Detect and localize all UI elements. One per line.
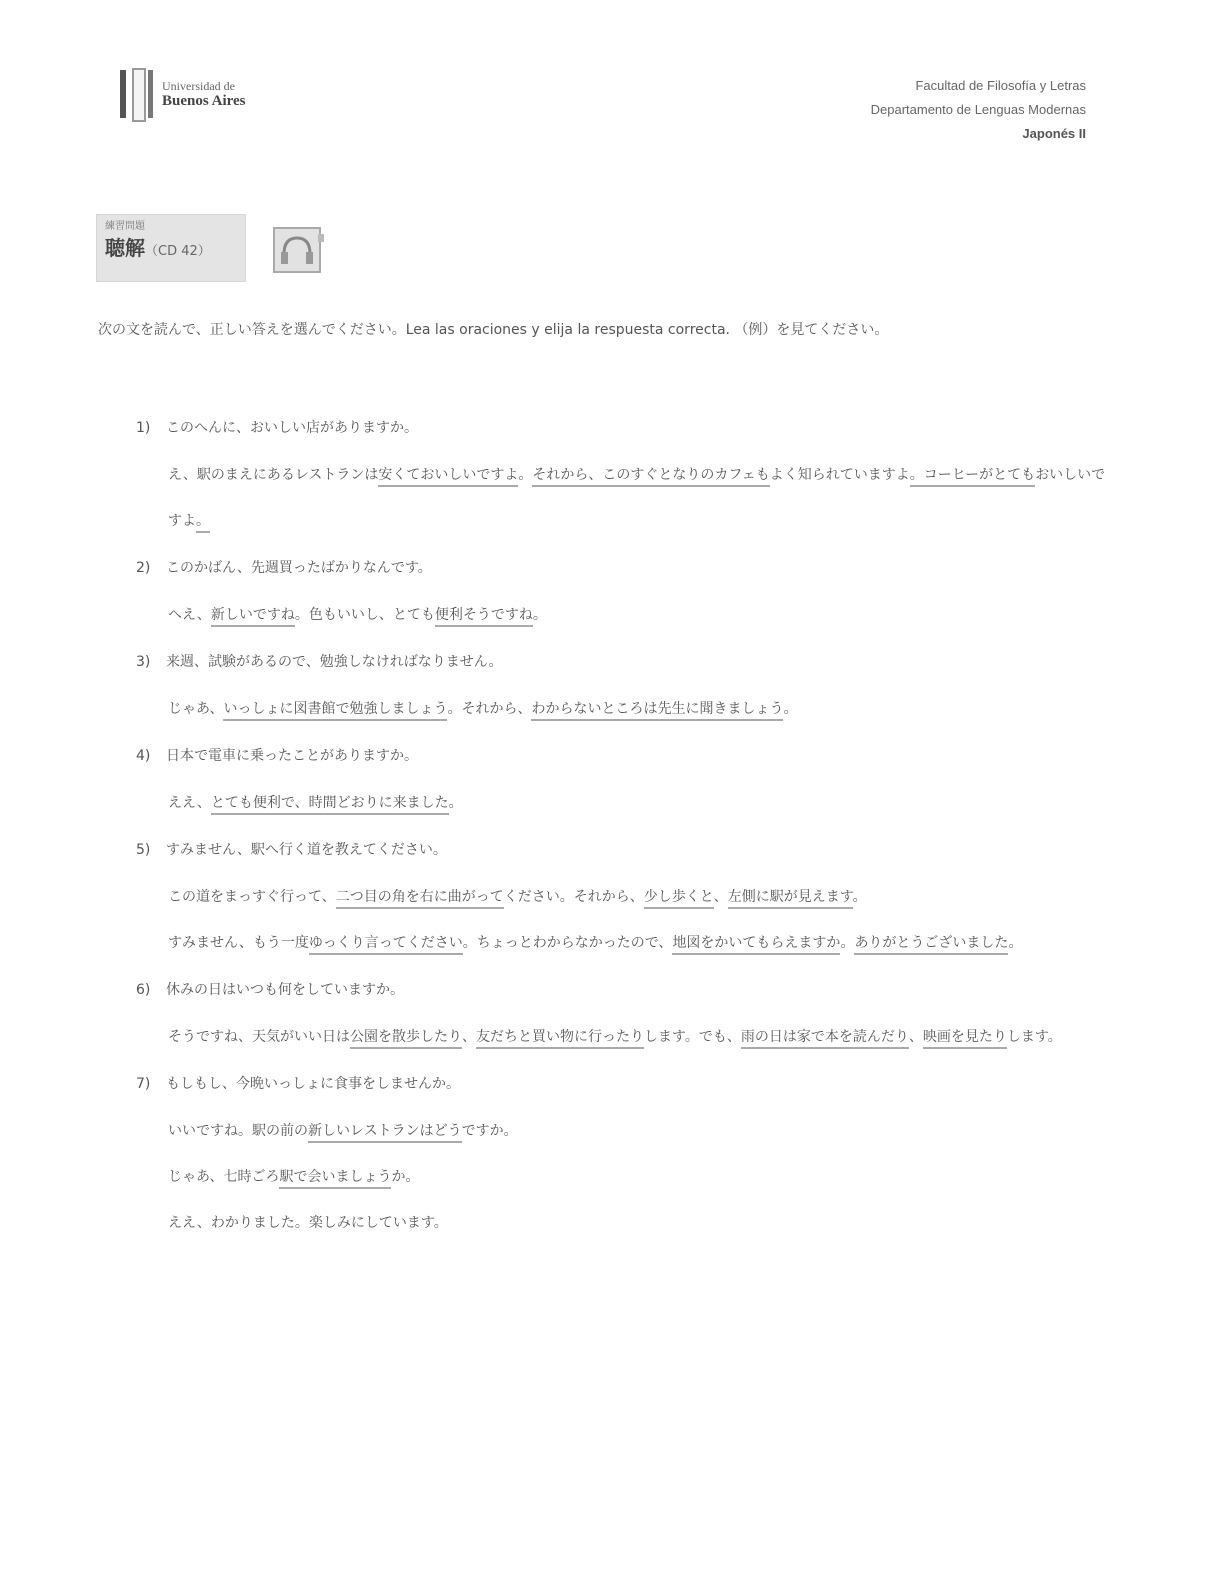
answer-blank: 便利そうですね — [435, 607, 533, 627]
answer-line: そうですね、天気がいい日は公園を散歩したり、友だちと買い物に行ったりします。でも… — [136, 1014, 1106, 1060]
exercise-question: 5)すみません、駅へ行く道を教えてください。 — [136, 826, 1106, 874]
answer-text: 。色もいいし、とても — [295, 607, 435, 623]
headphones-audio-icon — [270, 224, 328, 276]
answer-blank: 。コーヒーがとても — [910, 467, 1035, 487]
answer-text: 。それから、 — [447, 701, 531, 717]
answer-line: この道をまっすぐ行って、二つ目の角を右に曲がってください。それから、少し歩くと、… — [136, 874, 1106, 920]
faculty-name: Facultad de Filosofía y Letras — [871, 74, 1086, 98]
item-number: 6) — [136, 966, 166, 1014]
section-heading-text: 聴解 — [105, 236, 145, 260]
university-logo: Universidad de Buenos Aires — [118, 64, 308, 124]
answer-text: 、 — [714, 889, 728, 905]
answer-line: いいですね。駅の前の新しいレストランはどうですか。 — [136, 1108, 1106, 1154]
answer-blank: わからないところは先生に聞きましょう — [531, 701, 783, 721]
answer-text: します。 — [1007, 1029, 1062, 1045]
answer-blank: 安くておいしいですよ — [378, 467, 518, 487]
answer-text: ええ、 — [168, 795, 211, 811]
course-name: Japonés II — [871, 122, 1086, 146]
answer-text: 、 — [909, 1029, 923, 1045]
answer-text: ですか。 — [462, 1123, 518, 1139]
department-name: Departamento de Lenguas Modernas — [871, 98, 1086, 122]
answer-text: 。 — [1008, 935, 1022, 951]
logo-text: Universidad de Buenos Aires — [162, 79, 246, 109]
answer-text: 。 — [533, 607, 547, 623]
answer-blank: 二つ目の角を右に曲がって — [336, 889, 504, 909]
exercise-question: 4)日本で電車に乗ったことがありますか。 — [136, 732, 1106, 780]
logo-icon — [118, 66, 156, 122]
exercise-item: 5)すみません、駅へ行く道を教えてください。この道をまっすぐ行って、二つ目の角を… — [136, 826, 1106, 966]
question-text: 日本で電車に乗ったことがありますか。 — [166, 732, 418, 780]
answer-blank: いっしょに図書館で勉強しましょう — [223, 701, 447, 721]
answer-blank: ありがとうございました — [854, 935, 1008, 955]
answer-text: すみません、もう一度 — [168, 935, 309, 951]
track-number: （CD 42） — [145, 244, 211, 259]
answer-line: じゃあ、七時ごろ駅で会いましょうか。 — [136, 1154, 1106, 1200]
answer-text: じゃあ、 — [168, 701, 223, 717]
item-number: 1) — [136, 404, 166, 452]
exercise-item: 2)このかばん、先週買ったばかりなんです。へえ、新しいですね。色もいいし、とても… — [136, 544, 1106, 638]
answer-blank: とても便利で、時間どおりに来ました — [211, 795, 449, 815]
answer-blank: 新しいですね — [211, 607, 295, 627]
question-text: このへんに、おいしい店がありますか。 — [166, 404, 418, 452]
answer-text: か。 — [391, 1169, 419, 1185]
answer-blank: 公園を散歩したり — [350, 1029, 462, 1049]
answer-line: ええ、とても便利で、時間どおりに来ました。 — [136, 780, 1106, 826]
exercise-item: 1)このへんに、おいしい店がありますか。え、駅のまえにあるレストランは安くておい… — [136, 404, 1106, 544]
exercise-item: 4)日本で電車に乗ったことがありますか。ええ、とても便利で、時間どおりに来ました… — [136, 732, 1106, 826]
exercise-question: 7)もしもし、今晩いっしょに食事をしませんか。 — [136, 1060, 1106, 1108]
answer-blank: 地図をかいてもらえますか — [672, 935, 840, 955]
answer-blank: 友だちと買い物に行ったり — [476, 1029, 644, 1049]
answer-blank: 映画を見たり — [923, 1029, 1007, 1049]
answer-text: 。ちょっとわからなかったので、 — [463, 935, 673, 951]
exercise-question: 2)このかばん、先週買ったばかりなんです。 — [136, 544, 1106, 592]
answer-line: え、駅のまえにあるレストランは安くておいしいですよ。それから、このすぐとなりのカ… — [136, 452, 1106, 544]
section-label: 練習問題 — [105, 221, 237, 233]
answer-line: じゃあ、いっしょに図書館で勉強しましょう。それから、わからないところは先生に聞き… — [136, 686, 1106, 732]
answer-text: ください。それから、 — [504, 889, 644, 905]
instructions: 次の文を読んで、正しい答えを選んでください。Lea las oraciones … — [98, 306, 1108, 354]
item-number: 4) — [136, 732, 166, 780]
exercise-question: 1)このへんに、おいしい店がありますか。 — [136, 404, 1106, 452]
exercise-item: 6)休みの日はいつも何をしていますか。そうですね、天気がいい日は公園を散歩したり… — [136, 966, 1106, 1060]
answer-text: じゃあ、七時ごろ — [168, 1169, 279, 1185]
answer-text: 。 — [853, 889, 867, 905]
section-heading: 聴解（CD 42） — [105, 233, 237, 267]
answer-text: へえ、 — [168, 607, 211, 623]
exercise-question: 6)休みの日はいつも何をしていますか。 — [136, 966, 1106, 1014]
item-number: 7) — [136, 1060, 166, 1108]
question-text: 休みの日はいつも何をしていますか。 — [166, 966, 404, 1014]
answer-text: 。 — [840, 935, 854, 951]
answer-blank: 駅で会いましょう — [279, 1169, 391, 1189]
logo-line-2: Buenos Aires — [162, 94, 246, 109]
answer-text: 、 — [462, 1029, 476, 1045]
question-text: 来週、試験があるので、勉強しなければなりません。 — [166, 638, 503, 686]
answer-blank: それから、このすぐとなりのカフェも — [532, 467, 769, 487]
item-number: 3) — [136, 638, 166, 686]
exercise-list: 1)このへんに、おいしい店がありますか。え、駅のまえにあるレストランは安くておい… — [136, 404, 1106, 1246]
answer-blank: ゆっくり言ってください — [309, 935, 463, 955]
answer-text: え、駅のまえにあるレストランは — [168, 467, 378, 483]
answer-line: へえ、新しいですね。色もいいし、とても便利そうですね。 — [136, 592, 1106, 638]
department-header: Facultad de Filosofía y Letras Departame… — [871, 74, 1086, 146]
exercise-item: 7)もしもし、今晩いっしょに食事をしませんか。いいですね。駅の前の新しいレストラ… — [136, 1060, 1106, 1246]
item-number: 2) — [136, 544, 166, 592]
answer-blank: 雨の日は家で本を読んだり — [741, 1029, 909, 1049]
answer-text: 。 — [783, 701, 797, 717]
logo-line-1: Universidad de — [162, 79, 246, 94]
answer-text: よく知られていますよ — [770, 467, 910, 483]
section-title: 練習問題 聴解（CD 42） — [96, 214, 246, 282]
answer-line: ええ、わかりました。楽しみにしています。 — [136, 1200, 1106, 1246]
answer-text: 。 — [518, 467, 532, 483]
answer-line: すみません、もう一度ゆっくり言ってください。ちょっとわからなかったので、地図をか… — [136, 920, 1106, 966]
answer-text: この道をまっすぐ行って、 — [168, 889, 336, 905]
question-text: もしもし、今晩いっしょに食事をしませんか。 — [166, 1060, 460, 1108]
answer-text: します。でも、 — [644, 1029, 741, 1045]
answer-text: 。 — [449, 795, 463, 811]
exercise-question: 3)来週、試験があるので、勉強しなければなりません。 — [136, 638, 1106, 686]
exercise-item: 3)来週、試験があるので、勉強しなければなりません。じゃあ、いっしょに図書館で勉… — [136, 638, 1106, 732]
answer-blank: 左側に駅が見えます — [728, 889, 853, 909]
answer-blank: 新しいレストランはどう — [308, 1123, 462, 1143]
item-number: 5) — [136, 826, 166, 874]
answer-text: そうですね、天気がいい日は — [168, 1029, 350, 1045]
answer-blank: 。 — [196, 513, 210, 533]
answer-text: いいですね。駅の前の — [168, 1123, 308, 1139]
question-text: このかばん、先週買ったばかりなんです。 — [166, 544, 432, 592]
question-text: すみません、駅へ行く道を教えてください。 — [166, 826, 447, 874]
answer-text: ええ、わかりました。楽しみにしています。 — [168, 1215, 448, 1231]
answer-blank: 少し歩くと — [644, 889, 714, 909]
